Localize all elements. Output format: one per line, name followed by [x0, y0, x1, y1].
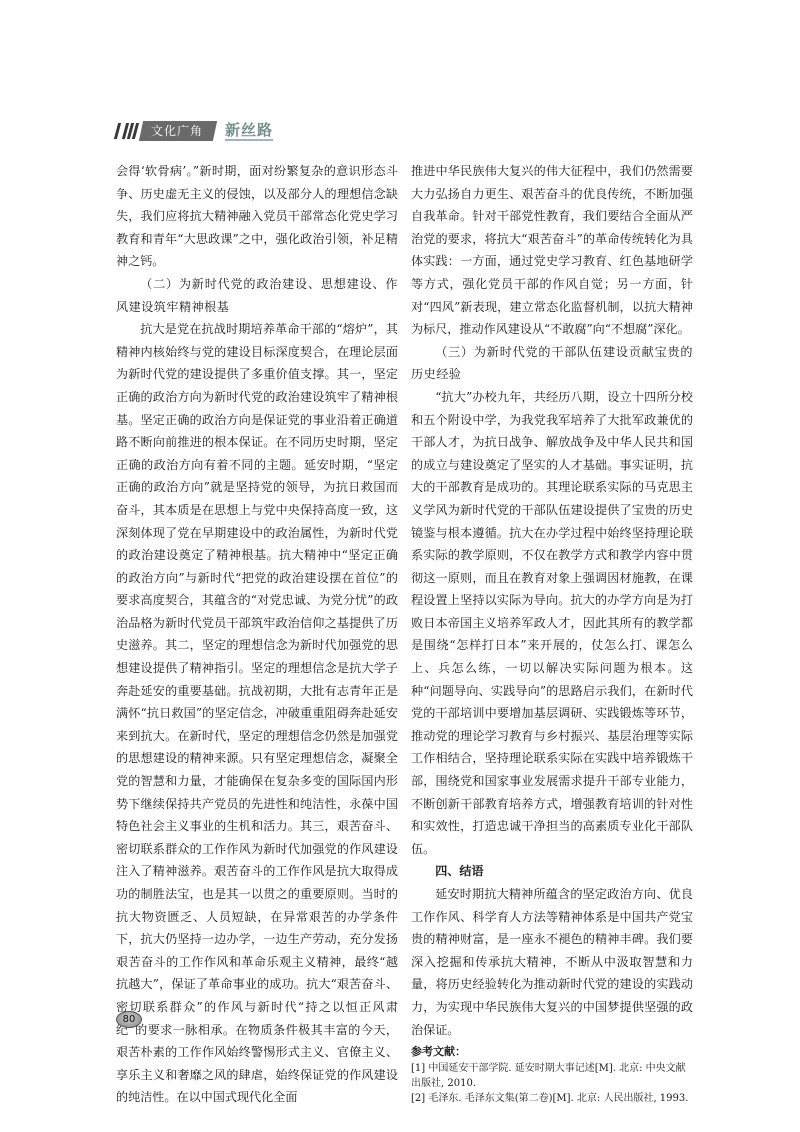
- subsection-heading: （二）为新时代党的政治建设、思想建设、作风建设筑牢精神根基: [116, 273, 398, 318]
- page-number: 80: [116, 1011, 142, 1028]
- right-column: 推进中华民族伟大复兴的伟大征程中，我们仍然需要大力弘扬自力更生、艰苦奋斗的优良传…: [411, 160, 693, 1106]
- paragraph: “抗大”办校九年，共经历八期，设立十四所分校和五个附设中学，为我党我军培养了大批…: [411, 386, 693, 860]
- reference-item: [2] 毛泽东. 毛泽东文集(第二卷)[M]. 北京: 人民出版社, 1993.: [411, 1091, 693, 1106]
- section-tag: 文化广角: [139, 121, 217, 141]
- paragraph: 抗大是党在抗战时期培养革命干部的“熔炉”，其精神内核始终与党的建设目标深度契合，…: [116, 318, 398, 1109]
- left-column: 会得‘软骨病’。”新时期，面对纷繁复杂的意识形态斗争、历史虚无主义的侵蚀，以及部…: [116, 160, 398, 1109]
- section-label: 文化广角: [151, 122, 203, 140]
- paragraph: 会得‘软骨病’。”新时期，面对纷繁复杂的意识形态斗争、历史虚无主义的侵蚀，以及部…: [116, 160, 398, 273]
- subsection-heading: （三）为新时代党的干部队伍建设贡献宝贵的历史经验: [411, 341, 693, 386]
- decorative-bars-icon: [116, 123, 137, 139]
- paragraph: 延安时期抗大精神所蕴含的坚定政治方向、优良工作作风、科学育人方法等精神体系是中国…: [411, 883, 693, 1041]
- references-title: 参考文献：: [411, 1043, 693, 1061]
- paragraph: 推进中华民族伟大复兴的伟大征程中，我们仍然需要大力弘扬自力更生、艰苦奋斗的优良传…: [411, 160, 693, 341]
- reference-item: [1] 中国延安干部学院. 延安时期大事记述[M]. 北京: 中央文献出版社, …: [411, 1061, 693, 1091]
- brand-logo: 新丝路: [225, 121, 273, 141]
- section-heading: 四、结语: [411, 860, 693, 883]
- page-header: 文化广角 新丝路: [116, 120, 273, 142]
